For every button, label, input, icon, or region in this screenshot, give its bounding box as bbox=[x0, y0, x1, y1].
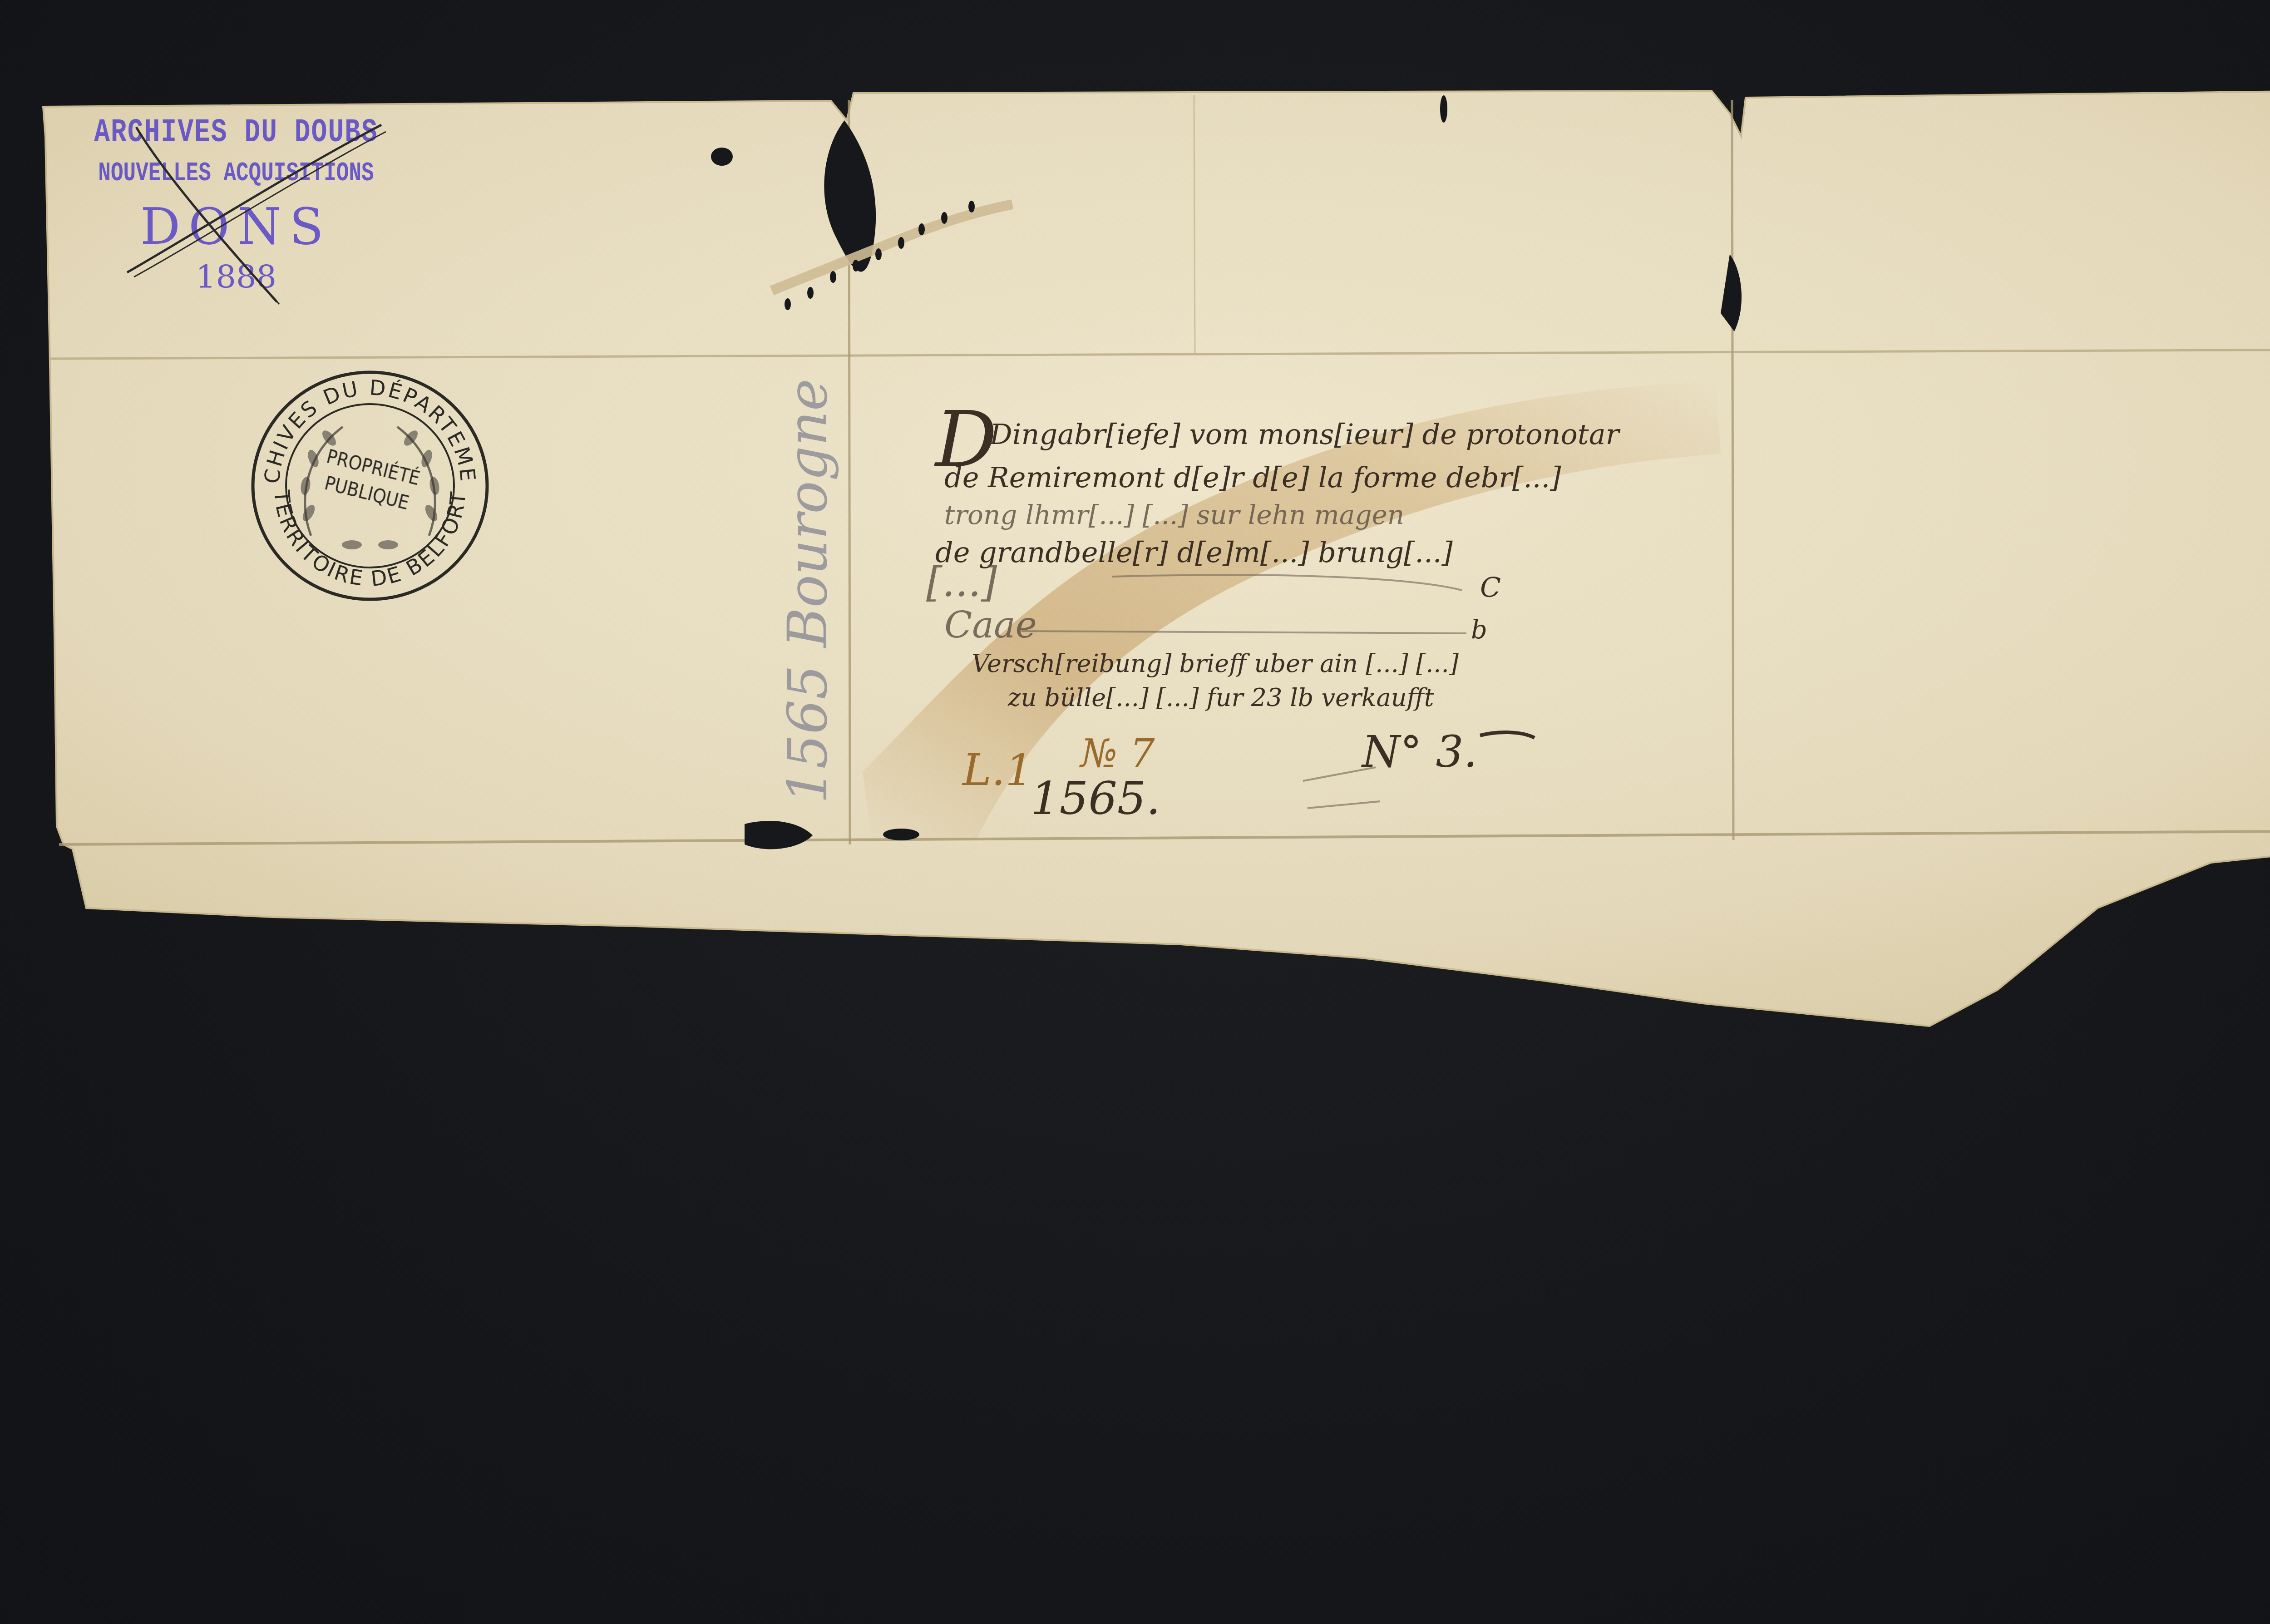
endorsement-line-2: de Remiremont d[e]r d[e] la forme debr[.… bbox=[944, 461, 1561, 494]
shelfmark-l: L.1 bbox=[962, 745, 1033, 795]
mark-c: C bbox=[1480, 572, 1501, 604]
shelfmark-number: № 7 bbox=[1081, 731, 1155, 776]
endorsement-line-1: Dingabr[iefe] vom mons[ieur] de protonot… bbox=[990, 418, 1619, 451]
year-annotation: 1565. bbox=[1031, 772, 1160, 825]
signature-flourish: [...] bbox=[926, 558, 997, 606]
endorsement-line-4: de grandbelle[r] d[e]m[...] brung[...] bbox=[935, 536, 1453, 569]
archive-number: N° 3. bbox=[1362, 726, 1477, 777]
endorsement-line-3: trong lhmr[...] [...] sur lehn magen bbox=[944, 499, 1404, 530]
label-caae: Caae bbox=[944, 604, 1037, 646]
cross-out-mark-icon bbox=[0, 0, 409, 318]
pencil-annotation: 1565 Bourogne bbox=[776, 304, 840, 804]
note-line-2: zu bülle[...] [...] fur 23 lb verkaufft bbox=[1008, 683, 1434, 712]
note-line-1: Versch[reibung] brieff uber ain [...] [.… bbox=[972, 649, 1459, 678]
mark-b: b bbox=[1471, 615, 1487, 645]
